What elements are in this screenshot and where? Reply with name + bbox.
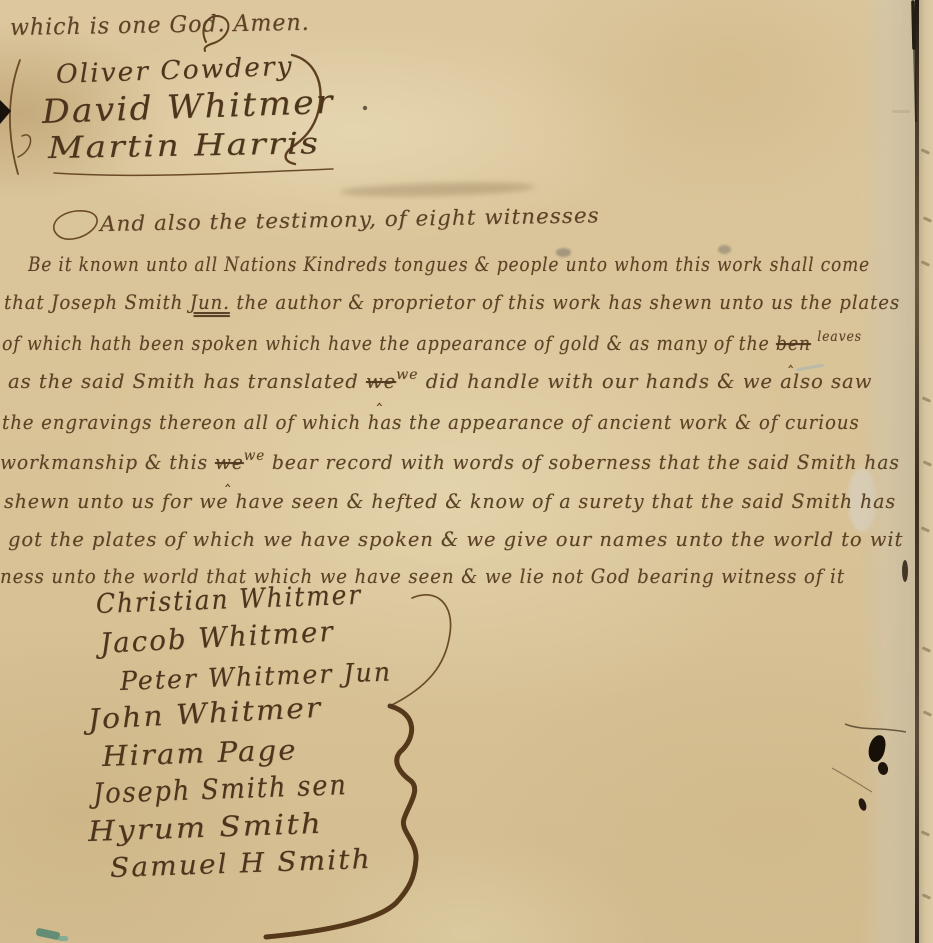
testimony-line-3: of which hath been spoken which have the… [2, 331, 862, 355]
struck-word: we [215, 450, 244, 474]
inserted-word: leaves [817, 329, 862, 345]
testimony-text: the engravings thereon all of which has … [2, 410, 860, 434]
paper-crack [902, 560, 908, 582]
testimony-text: Be it known unto all Nations Kindreds to… [28, 252, 870, 276]
testimony-text: as the said Smith has translated [8, 369, 366, 393]
underlined-word: Jun. [190, 290, 230, 314]
testimony-text: that Joseph Smith [4, 290, 190, 314]
testimony-line-4: as the said Smith has translated wewe di… [8, 369, 872, 393]
testimony-text: bear record with words of soberness that… [265, 450, 900, 474]
next-page-edge [919, 0, 933, 943]
testimony-text: did handle with our hands & we also saw [418, 369, 872, 393]
testimony-text: the author & proprietor of this work has… [230, 290, 900, 314]
teal-speck [58, 936, 68, 941]
testimony-text: workmanship & this [0, 450, 215, 474]
struck-word: we [366, 369, 396, 393]
testimony-text: of which hath been spoken which have the… [2, 331, 776, 355]
testimony-text: ness unto the world that which we have s… [0, 564, 845, 588]
testimony-line-1: Be it known unto all Nations Kindreds to… [28, 252, 870, 276]
testimony-line-7: shewn unto us for we have seen & hefted … [4, 489, 896, 513]
testimony-line-8: got the plates of which we have spoken &… [8, 527, 903, 551]
testimony-line-2: that Joseph Smith Jun. the author & prop… [4, 290, 900, 314]
closing-line: which is one God. Amen. [10, 10, 310, 41]
crease-line [892, 110, 910, 113]
signature-hiram-page: Hiram Page [101, 733, 298, 773]
testimony-line-9: ness unto the world that which we have s… [0, 564, 845, 588]
struck-word: ben [776, 331, 811, 355]
signature-martin-harris: Martin Harris [48, 126, 321, 166]
manuscript-scan: { "colors": { "ink": "#5b4226", "ink_dar… [0, 0, 933, 943]
testimony-line-5: the engravings thereon all of which has … [2, 410, 860, 434]
testimony-text: shewn unto us for we have seen & hefted … [4, 489, 896, 513]
inserted-word: we [396, 367, 418, 383]
testimony-line-6: workmanship & this wewe bear record with… [0, 450, 900, 474]
inserted-word: we [244, 448, 265, 464]
testimony-text: got the plates of which we have spoken &… [8, 527, 903, 551]
